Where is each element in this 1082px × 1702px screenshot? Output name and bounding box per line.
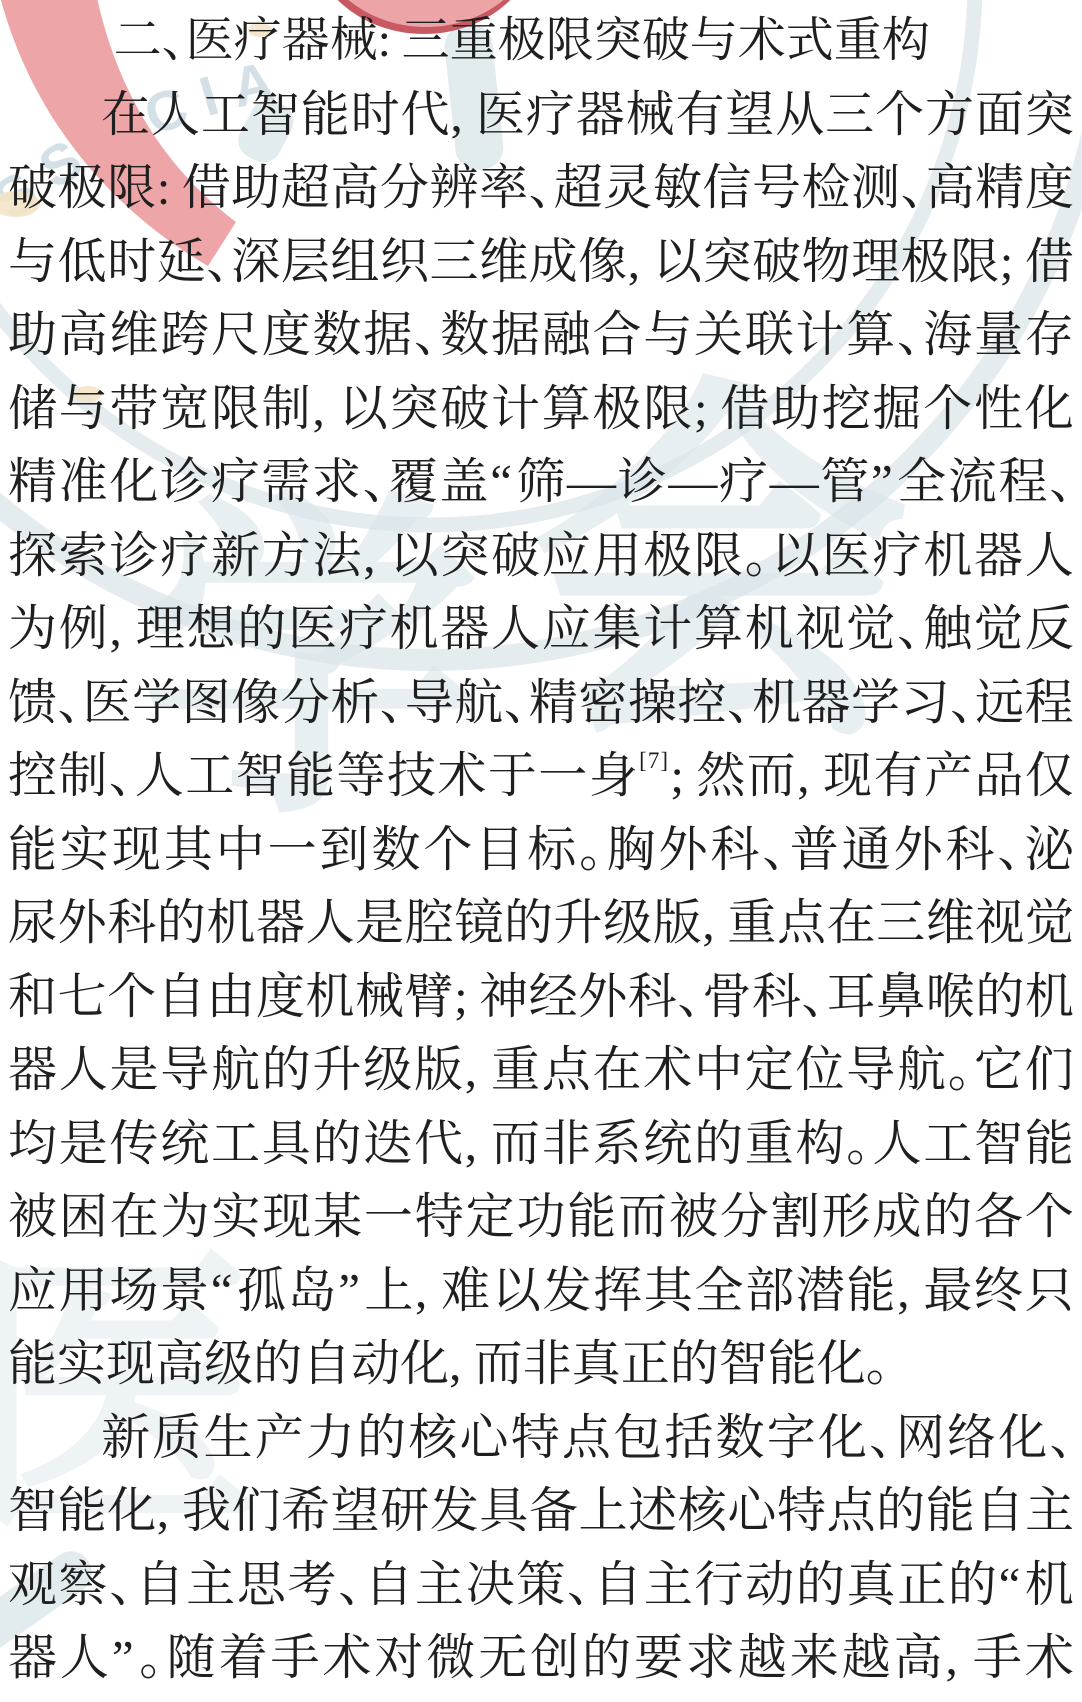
text-line: 器人是导航的升级版,重点在术中定位导航。它们 [8, 1033, 1074, 1107]
text-line: 馈、医学图像分析、导航、精密操控、机器学习、远程 [8, 666, 1074, 740]
text-line: 能实现其中一到数个目标。胸外科、普通外科、泌 [8, 813, 1074, 887]
text-line: 储与带宽限制,以突破计算极限;借助挖掘个性化 [8, 372, 1074, 446]
text-line: 应用场景“孤岛”上,难以发挥其全部潜能,最终只 [8, 1254, 1074, 1328]
page-content: 二、医疗器械:三重极限突破与术式重构 在人工智能时代,医疗器械有望从三个方面突破… [0, 0, 1082, 1695]
document-page: ASSOCIAT 学 会 医 二、医疗器械:三重极限突破与术式重构 [0, 0, 1082, 1702]
text-line: 和七个自由度机械臂;神经外科、骨科、耳鼻喉的机 [8, 960, 1074, 1034]
text-line: 控制、人工智能等技术于一身[7];然而,现有产品仅 [8, 739, 1074, 813]
text-line: 为例,理想的医疗机器人应集计算机视觉、触觉反 [8, 592, 1074, 666]
text-line: 助高维跨尺度数据、数据融合与关联计算、海量存 [8, 298, 1074, 372]
text-line: 精准化诊疗需求、覆盖“筛—诊—疗—管”全流程、 [8, 445, 1074, 519]
section-title: 二、医疗器械:三重极限突破与术式重构 [8, 4, 1074, 78]
text-line: 与低时延、深层组织三维成像,以突破物理极限;借 [8, 225, 1074, 299]
text-line: 器人”。随着手术对微无创的要求越来越高,手术 [8, 1621, 1074, 1695]
text-line: 新质生产力的核心特点包括数字化、网络化、 [8, 1401, 1074, 1475]
section-title-line: 二、医疗器械:三重极限突破与术式重构 [8, 4, 1074, 78]
text-line: 均是传统工具的迭代,而非系统的重构。人工智能 [8, 1107, 1074, 1181]
text-line: 破极限:借助超高分辨率、超灵敏信号检测、高精度 [8, 151, 1074, 225]
text-line: 观察、自主思考、自主决策、自主行动的真正的“机 [8, 1548, 1074, 1622]
text-line: 智能化,我们希望研发具备上述核心特点的能自主 [8, 1474, 1074, 1548]
text-line: 能实现高级的自动化,而非真正的智能化。 [8, 1327, 1074, 1401]
text-line: 被困在为实现某一特定功能而被分割形成的各个 [8, 1180, 1074, 1254]
text-line: 尿外科的机器人是腔镜的升级版,重点在三维视觉 [8, 886, 1074, 960]
text-line: 探索诊疗新方法,以突破应用极限。以医疗机器人 [8, 519, 1074, 593]
body-text: 在人工智能时代,医疗器械有望从三个方面突破极限:借助超高分辨率、超灵敏信号检测、… [8, 78, 1074, 1695]
text-line: 在人工智能时代,医疗器械有望从三个方面突 [8, 78, 1074, 152]
